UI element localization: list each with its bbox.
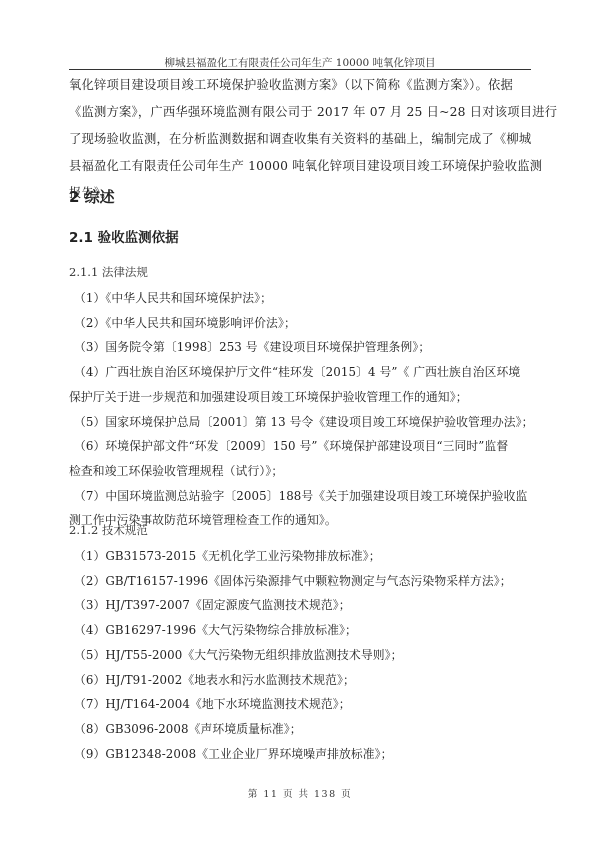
list-item: （1）GB31573-2015《无机化学工业污染物排放标准》； (69, 544, 539, 569)
list-item: （3）国务院令第〔1998〕253 号《建设项目环境保护管理条例》； (69, 335, 539, 360)
list-item: （7）中国环境监测总站验字〔2005〕188号《关于加强建设项目竣工环境保护验收… (69, 484, 539, 509)
list-item: （4）广西壮族自治区环境保护厅文件“桂环发〔2015〕4 号”《 广西壮族自治区… (69, 360, 539, 385)
paragraph-line: 了现场验收监测，在分析监测数据和调查收集有关资料的基础上，编制完成了《柳城 (69, 126, 531, 153)
list-item: （2）《中华人民共和国环境影响评价法》； (69, 311, 539, 336)
laws-heading: 2.1.1 法律法规 (69, 264, 148, 280)
paragraph-line: 报告》。 (69, 180, 531, 207)
list-item: （7）HJ/T164-2004《地下水环境监测技术规范》； (69, 692, 539, 717)
list-item: （9）GB12348-2008《工业企业厂界环境噪声排放标准》； (69, 742, 539, 767)
list-item: （6）HJ/T91-2002《地表水和污水监测技术规范》； (69, 668, 539, 693)
section-heading: 2 综述 (69, 186, 115, 207)
list-item: （5）HJ/T55-2000《大气污染物无组织排放监测技术导则》； (69, 643, 539, 668)
list-item: （2）GB/T16157-1996《固体污染源排气中颗粒物测定与气态污染物采样方… (69, 569, 539, 594)
list-item: （6）环境保护部文件“环发〔2009〕150 号”《环境保护部建设项目“三同时”… (69, 434, 539, 459)
intro-paragraph: 氧化锌项目建设项目竣工环境保护验收监测方案》（以下简称《监测方案》）。依据 《监… (69, 72, 531, 207)
list-item: （1）《中华人民共和国环境保护法》； (69, 286, 539, 311)
list-item: （5）国家环境保护总局〔2001〕第 13 号令《建设项目竣工环境保护验收管理办… (69, 410, 539, 435)
tech-list: （1）GB31573-2015《无机化学工业污染物排放标准》； （2）GB/T1… (69, 544, 539, 766)
list-item: （8）GB3096-2008《声环境质量标准》； (69, 717, 539, 742)
tech-heading: 2.1.2 技术规范 (69, 522, 148, 538)
paragraph-line: 《监测方案》，广西华强环境监测有限公司于 2017 年 07 月 25 日~28… (69, 99, 531, 126)
laws-list: （1）《中华人民共和国环境保护法》； （2）《中华人民共和国环境影响评价法》； … (69, 286, 539, 533)
list-item: （3）HJ/T397-2007《固定源废气监测技术规范》； (69, 593, 539, 618)
header-title: 柳城县福盈化工有限责任公司年生产 10000 吨氧化锌项目 (0, 55, 600, 70)
paragraph-line: 氧化锌项目建设项目竣工环境保护验收监测方案》（以下简称《监测方案》）。依据 (69, 72, 531, 99)
list-item-continuation: 保护厅关于进一步规范和加强建设项目竣工环境保护验收管理工作的通知》； (69, 385, 539, 410)
list-item: （4）GB16297-1996《大气污染物综合排放标准》； (69, 618, 539, 643)
list-item-continuation: 检查和竣工环保验收管理规程（试行）》； (69, 459, 539, 484)
paragraph-line: 县福盈化工有限责任公司年生产 10000 吨氧化锌项目建设项目竣工环境保护验收监… (69, 153, 531, 180)
header-divider (69, 69, 531, 70)
page-number: 第 11 页 共 138 页 (0, 786, 600, 800)
subsection-heading: 2.1 验收监测依据 (69, 226, 179, 246)
